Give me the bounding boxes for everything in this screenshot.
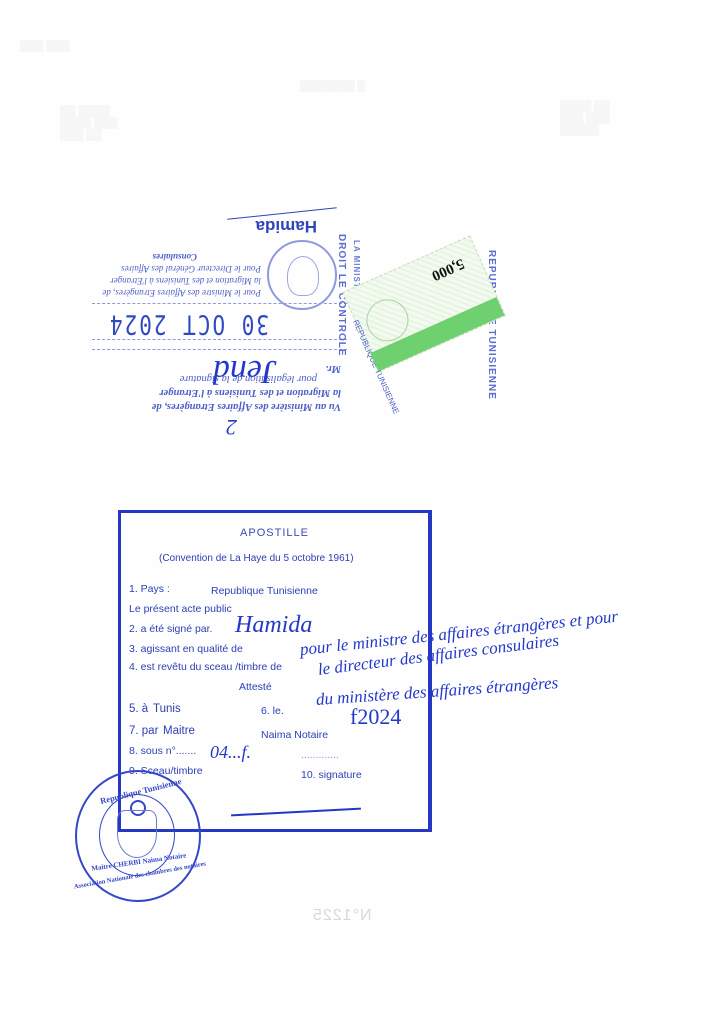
handwritten-number: 04...f.: [210, 742, 251, 763]
field-acte: Le présent acte public: [129, 603, 232, 615]
stamp-date: 30 OCT 2024: [108, 309, 269, 339]
stamp-line: la Migration et des Tunisiens à l'Etrang…: [110, 276, 261, 286]
field-signe-label: 2. a été signé par.: [129, 623, 212, 635]
handwritten-date: f2024: [350, 704, 401, 730]
field-pays-label: 1. Pays :: [129, 583, 170, 595]
stamp-value: 5,000: [429, 254, 467, 283]
field-par-title: Maitre: [163, 725, 195, 737]
stamp-line: Consulaires: [152, 252, 197, 262]
field-attest: Attesté: [239, 681, 272, 693]
signatory-name: Hamida: [256, 216, 317, 236]
field-date-label: 6. le.: [261, 705, 284, 717]
notary-signature-stroke: [231, 808, 361, 817]
bleed-through-text: ▒▒ ▒▒▒▒▒▒▒▒ ▒▒▒▒▒▒ ▒▒: [60, 105, 117, 141]
field-numero-label: 8. sous n°.......: [129, 745, 196, 757]
handwritten-signatory: Hamida: [235, 612, 312, 639]
apostille-title: APOSTILLE: [121, 527, 428, 539]
field-sceau-label: 4. est revêtu du sceau /timbre de: [129, 661, 282, 673]
field-lieu-label: 5. à: [129, 703, 148, 715]
bleed-through-text: ▒▒▒▒ ▒▒▒▒▒ ▒▒▒▒▒▒▒▒: [560, 100, 610, 136]
tunisia-emblem-icon: [117, 810, 157, 858]
bleed-through-text: ▒▒▒▒▒▒▒ ▒: [300, 80, 365, 92]
handwritten-mark: 2: [226, 414, 237, 440]
field-pays-value: Republique Tunisienne: [211, 585, 318, 597]
overprint-right: REPUBLIQUE TUNISIENNE: [486, 250, 497, 400]
field-par-label: 7. par: [129, 725, 158, 737]
field-signature-label: 10. signature: [301, 769, 362, 781]
visa-line: Vu au Ministère des Affaires Etrangères,…: [152, 401, 341, 412]
bleed-through-text: ▒▒▒ ▒▒▒: [20, 40, 70, 52]
ministry-seal: [267, 240, 337, 310]
field-par-value: Naima Notaire: [261, 729, 328, 741]
consular-legalization-stamp: 2 Vu au Ministère des Affaires Etrangère…: [92, 200, 347, 440]
notary-seal: Republique Tunisienne Maitre CHERBI Naim…: [75, 770, 201, 902]
field-lieu-value: Tunis: [153, 703, 181, 715]
revenue-stamp: REPUBLIQUE TUNISIENNE 5,000: [342, 235, 506, 372]
stamp-line: Pour le Directeur Général des Affaires: [121, 264, 261, 274]
stamp-line: Pour le Ministre des Affaires Etrangères…: [102, 288, 261, 298]
fiscal-stamp-block: DROIT LE CONTROLE LA MINISTRE REPUBLIQUE…: [336, 230, 526, 410]
dotted-placeholder: .............: [301, 749, 339, 761]
official-signature: Jend: [213, 352, 277, 390]
field-qualite-label: 3. agissant en qualité de: [129, 643, 243, 655]
bleed-through-number: N°1225: [312, 907, 372, 925]
apostille-convention: (Convention de La Haye du 5 octobre 1961…: [159, 553, 354, 564]
